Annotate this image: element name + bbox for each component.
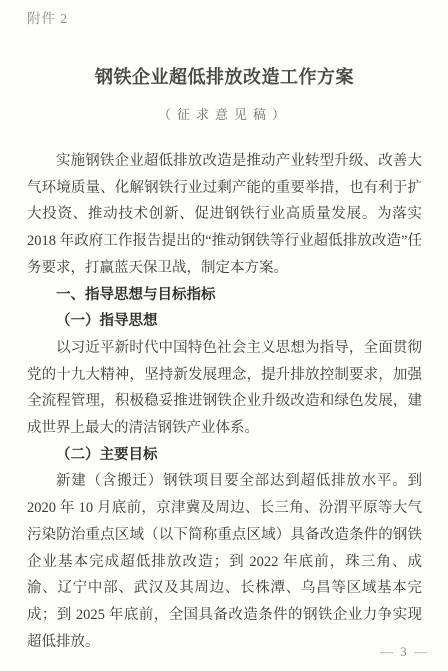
document-subtitle: （征求意见稿）	[27, 106, 422, 124]
page-number: — 3 —	[380, 644, 429, 660]
section-1-heading: 一、指导思想与目标指标	[27, 282, 422, 309]
intro-paragraph: 实施钢铁企业超低排放改造是推动产业转型升级、改善大气环境质量、化解钢铁行业过剩产…	[27, 148, 422, 282]
subsection-1-1-heading: （一）指导思想	[27, 308, 422, 335]
subsection-1-2-paragraph: 新建（含搬迁）钢铁项目要全部达到超低排放水平。到 2020 年 10 月底前，京…	[27, 468, 422, 655]
attachment-label: 附件 2	[27, 9, 422, 28]
document-page: 附件 2 钢铁企业超低排放改造工作方案 （征求意见稿） 实施钢铁企业超低排放改造…	[0, 0, 448, 671]
subsection-1-2-heading: （二）主要目标	[27, 442, 422, 469]
subsection-1-1-paragraph: 以习近平新时代中国特色社会主义思想为指导，全面贯彻党的十九大精神，坚持新发展理念…	[27, 335, 422, 442]
document-body: 实施钢铁企业超低排放改造是推动产业转型升级、改善大气环境质量、化解钢铁行业过剩产…	[27, 148, 422, 655]
document-title: 钢铁企业超低排放改造工作方案	[27, 64, 422, 90]
